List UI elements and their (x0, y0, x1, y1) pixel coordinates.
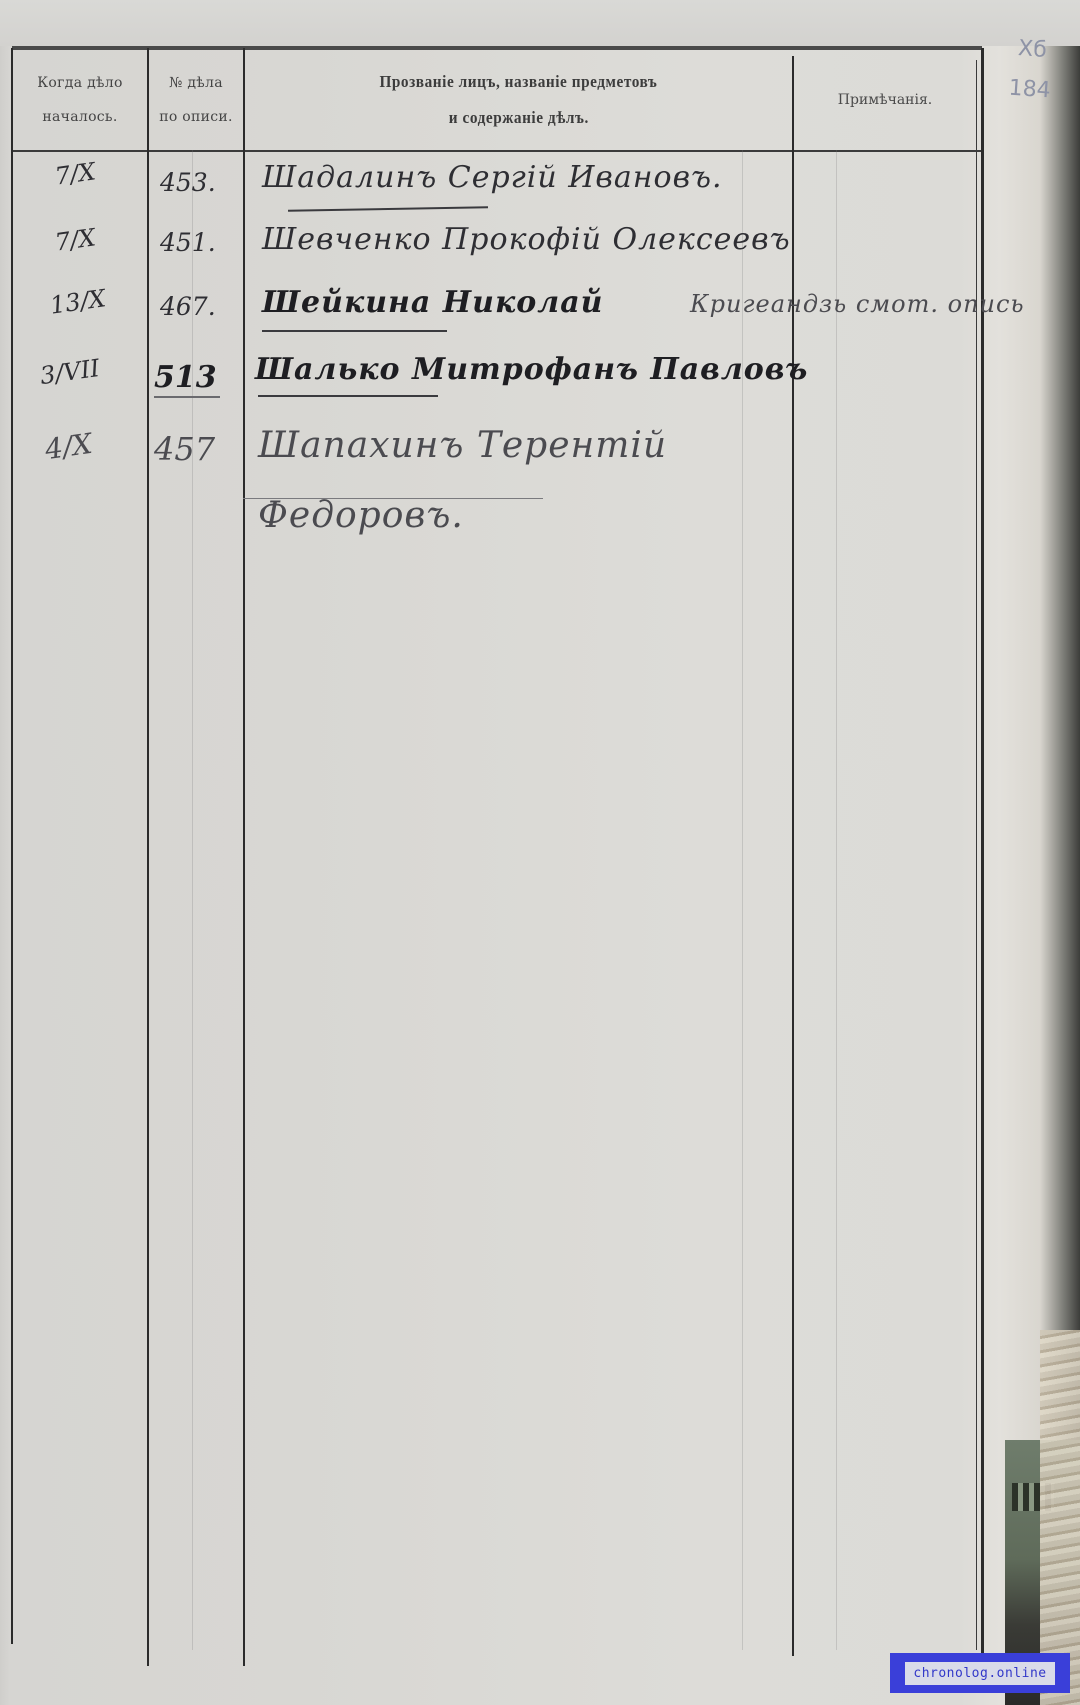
column-divider-1 (147, 48, 149, 1666)
archive-pencil-mark: Xб 184 (1007, 29, 1054, 112)
archive-mark-line2: 184 (1007, 69, 1052, 112)
row5-name-line2: Федоровъ. (258, 495, 464, 536)
archive-mark-line1: Xб (1010, 29, 1055, 72)
row4-name-underline (258, 395, 438, 397)
header-date-started: Когда дѣло началось. (13, 52, 147, 148)
header-number-line1: № дѣла (169, 66, 223, 100)
row1-date: 7/X (53, 157, 97, 190)
row3-number: 467. (160, 292, 216, 321)
table-top-border (12, 46, 982, 50)
row3-name-underline (262, 330, 447, 332)
row2-name: Шевченко Прокофій Олексеевъ (262, 222, 791, 257)
header-number-line2: по описи. (159, 100, 233, 134)
row1-separator-stroke (288, 206, 488, 211)
row3-name-extra: Кригеандзь смот. опись (690, 290, 1025, 318)
torn-page-edges (1040, 1330, 1080, 1705)
row5-date: 4/X (43, 427, 94, 466)
row2-number: 451. (160, 228, 216, 257)
row5-separator-stroke (243, 498, 543, 499)
row4-date: 3/VII (38, 354, 101, 390)
header-names-line2: и содержаніе дѣлъ. (448, 100, 588, 136)
row4-name: Шалько Митрофанъ Павловъ (255, 352, 808, 387)
watermark-badge: chronolog.online (890, 1653, 1070, 1693)
row2-date: 7/X (53, 223, 97, 256)
header-notes: Примѣчанія. (794, 52, 976, 148)
row4-number: 513 (154, 360, 217, 395)
page-top-margin (0, 0, 1080, 46)
row5-number: 457 (154, 430, 215, 468)
register-page: Xб 184 Когда дѣло началось. № дѣла по оп… (0, 0, 1080, 1705)
header-date-line1: Когда дѣло (37, 66, 122, 100)
header-names-contents: Прозваніе лицъ, названіе предметовъ и со… (245, 52, 792, 148)
row5-name: Шапахинъ Терентій (258, 425, 667, 466)
row4-number-underline (154, 396, 220, 398)
row3-name: Шейкина Николай (262, 285, 603, 320)
header-notes-label: Примѣчанія. (838, 92, 933, 108)
row1-number: 453. (160, 168, 216, 197)
watermark-text: chronolog.online (905, 1662, 1054, 1685)
header-date-line2: началось. (42, 100, 117, 134)
header-names-line1: Прозваніе лицъ, названіе предметовъ (380, 64, 658, 100)
table-left-border (11, 48, 13, 1644)
column-divider-2 (243, 48, 245, 1666)
header-case-number: № дѣла по описи. (149, 52, 243, 148)
pencil-guide-3 (836, 150, 837, 1650)
row1-name: Шадалинъ Сергій Ивановъ. (262, 160, 723, 195)
row3-date: 13/X (48, 284, 107, 319)
